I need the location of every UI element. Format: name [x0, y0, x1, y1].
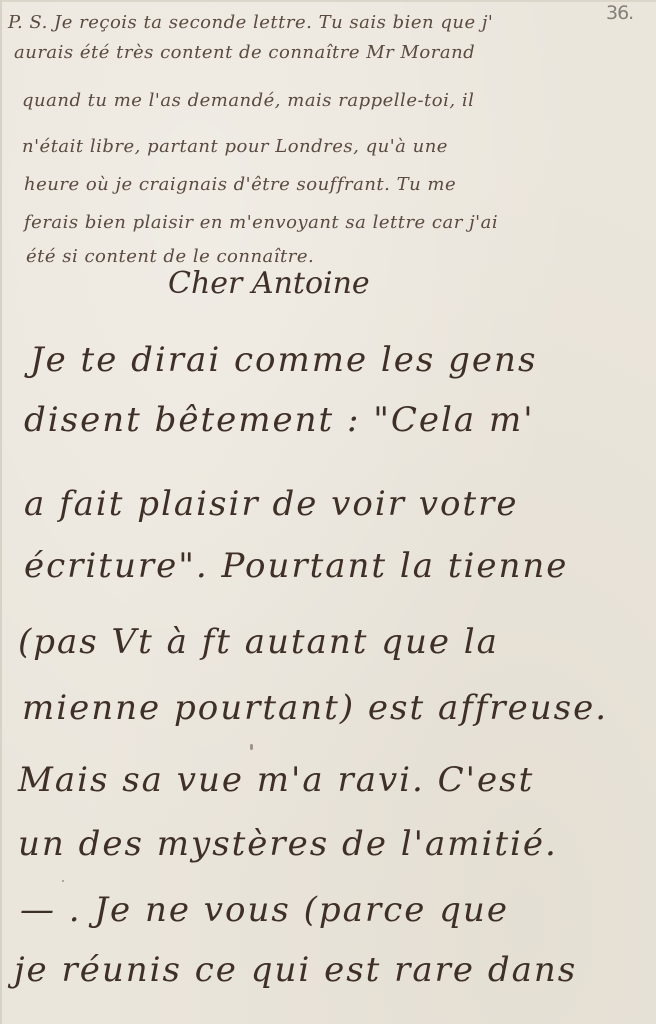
manuscript-page: 36. P. S. Je reçois ta seconde lettre. T… [0, 0, 656, 1024]
body-line: je réunis ce qui est rare dans [14, 950, 577, 990]
ink-speck [62, 880, 64, 882]
body-line: mienne pourtant) est affreuse. [22, 688, 608, 728]
salutation: Cher Antoine [168, 266, 370, 301]
body-line: (pas Vt à ft autant que la [18, 622, 499, 662]
postscript-line: heure où je craignais d'être souffrant. … [24, 174, 456, 195]
postscript-line: n'était libre, partant pour Londres, qu'… [22, 136, 448, 157]
postscript-line: P. S. Je reçois ta seconde lettre. Tu sa… [8, 12, 493, 33]
postscript-line: été si content de le connaître. [26, 246, 314, 267]
postscript-line: ferais bien plaisir en m'envoyant sa let… [24, 212, 498, 233]
postscript-line: quand tu me l'as demandé, mais rappelle-… [22, 90, 474, 111]
ink-speck [250, 744, 253, 750]
body-line: Je te dirai comme les gens [30, 340, 537, 380]
body-line: un des mystères de l'amitié. [18, 824, 558, 864]
body-line: écriture". Pourtant la tienne [24, 546, 568, 586]
page-number: 36. [606, 2, 633, 24]
body-line: disent bêtement : "Cela m' [24, 400, 535, 440]
postscript-line: aurais été très content de connaître Mr … [14, 42, 475, 63]
body-line: a fait plaisir de voir votre [24, 484, 518, 524]
body-line: Mais sa vue m'a ravi. C'est [18, 760, 534, 800]
body-line: — . Je ne vous (parce que [20, 890, 509, 930]
